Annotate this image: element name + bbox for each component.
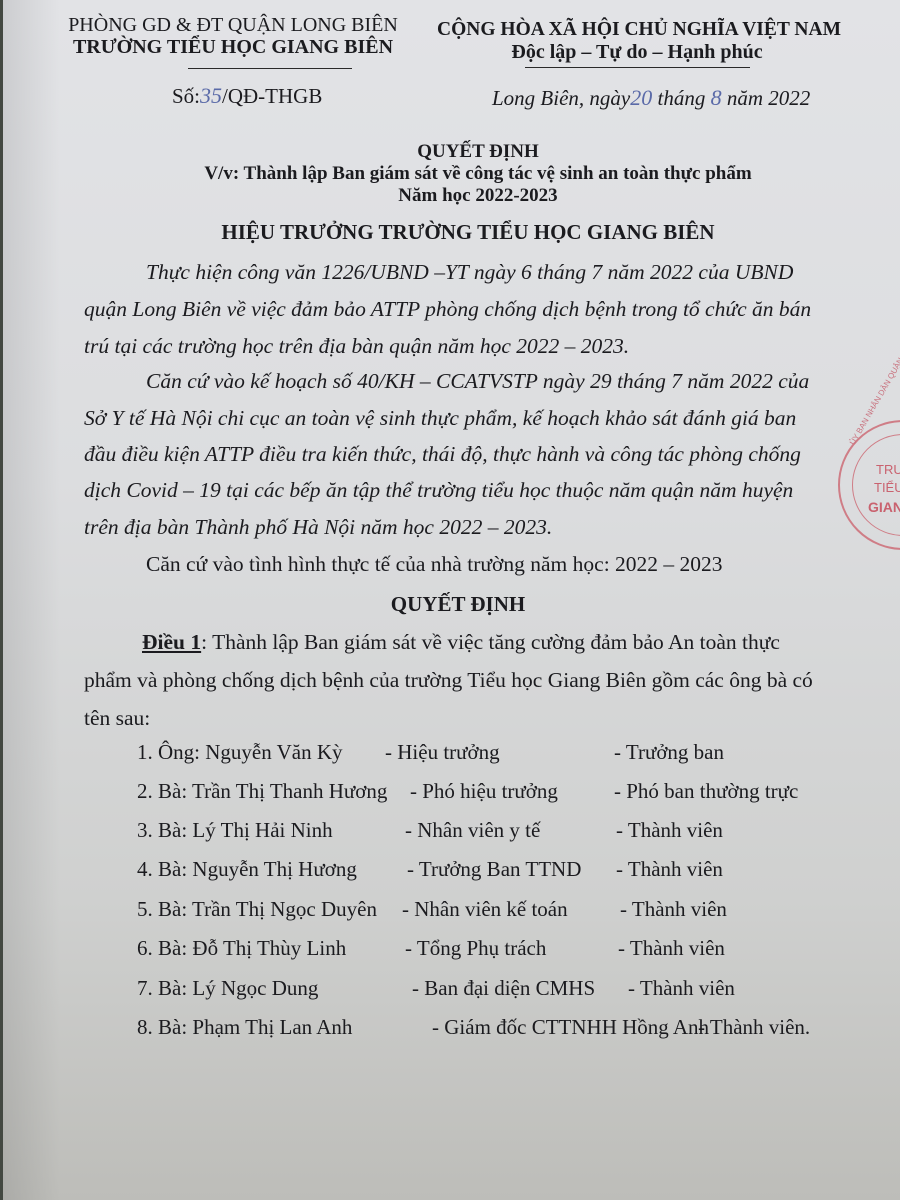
department-name: PHÒNG GD & ĐT QUẬN LONG BIÊN (68, 14, 398, 36)
article-1-text: : Thành lập Ban giám sát về việc tăng cư… (201, 630, 780, 654)
member-position: - Giám đốc CTTNHH Hồng Anh (432, 1015, 709, 1040)
member-role: - Thành viên. (698, 1015, 810, 1040)
member-role: - Thành viên (620, 897, 727, 922)
member-role: - Phó ban thường trực (614, 779, 798, 804)
article-1-line-3: tên sau: (84, 706, 150, 731)
preamble-2-line-4: dịch Covid – 19 tại các bếp ăn tập thể t… (84, 478, 793, 503)
stamp-line-1: TRƯ (876, 462, 900, 477)
number-suffix: /QĐ-THGB (222, 84, 322, 108)
member-position: - Phó hiệu trưởng (410, 779, 558, 804)
preamble-2-line-1: Căn cứ vào kế hoạch số 40/KH – CCATVSTP … (146, 369, 809, 394)
header-left-rule (188, 68, 352, 69)
preamble-3: Căn cứ vào tình hình thực tế của nhà trư… (146, 552, 723, 577)
date-year: năm 2022 (727, 86, 810, 110)
stamp-line-2: TIỂU (874, 480, 900, 495)
document-number: Số:35/QĐ-THGB (172, 83, 322, 109)
preamble-2-line-5: trên địa bàn Thành phố Hà Nội năm học 20… (84, 515, 552, 540)
member-name: 2. Bà: Trần Thị Thanh Hương (137, 779, 387, 804)
date-month: 8 (711, 85, 722, 110)
member-position: - Ban đại diện CMHS (412, 976, 595, 1001)
issuing-authority: HIỆU TRƯỞNG TRƯỜNG TIỂU HỌC GIANG BIÊN (221, 220, 714, 245)
article-1-label: Điều 1 (142, 630, 201, 654)
number-prefix: Số: (172, 84, 200, 108)
preamble-1-line-1: Thực hiện công văn 1226/UBND –YT ngày 6 … (146, 260, 793, 285)
preamble-1-line-2: quận Long Biên về việc đảm bảo ATTP phòn… (84, 297, 811, 322)
member-name: 6. Bà: Đỗ Thị Thùy Linh (137, 936, 346, 961)
member-name: 5. Bà: Trần Thị Ngọc Duyên (137, 897, 377, 922)
decision-subject: V/v: Thành lập Ban giám sát về công tác … (204, 163, 751, 185)
member-role: - Thành viên (618, 936, 725, 961)
document-date: Long Biên, ngày20 tháng 8 năm 2022 (492, 85, 810, 111)
date-month-label: tháng (657, 86, 705, 110)
header-right-rule (525, 67, 750, 68)
school-year: Năm học 2022-2023 (398, 185, 557, 207)
preamble-2-line-3: đầu điều kiện ATTP điều tra kiến thức, t… (84, 442, 801, 467)
article-1-line-2: phẩm và phòng chống dịch bệnh của trường… (84, 668, 813, 693)
date-place: Long Biên, ngày (492, 86, 630, 110)
official-stamp: ỦY BAN NHÂN DÂN QUẬN TRƯ TIỂU GIAN (838, 420, 900, 550)
decision-section-heading: QUYẾT ĐỊNH (391, 592, 525, 617)
member-name: 8. Bà: Phạm Thị Lan Anh (137, 1015, 352, 1040)
member-position: - Hiệu trưởng (385, 740, 500, 765)
article-1-line-1: Điều 1: Thành lập Ban giám sát về việc t… (142, 630, 780, 655)
school-name: TRƯỜNG TIỂU HỌC GIANG BIÊN (73, 36, 393, 58)
nation-title: CỘNG HÒA XÃ HỘI CHỦ NGHĨA VIỆT NAM (437, 19, 841, 41)
date-day: 20 (630, 85, 652, 110)
member-name: 3. Bà: Lý Thị Hải Ninh (137, 818, 333, 843)
stamp-line-3: GIAN (868, 499, 900, 515)
member-name: 7. Bà: Lý Ngọc Dung (137, 976, 318, 1001)
member-position: - Nhân viên y tế (405, 818, 540, 843)
preamble-2-line-2: Sở Y tế Hà Nội chi cục an toàn vệ sinh t… (84, 406, 796, 431)
member-name: 1. Ông: Nguyễn Văn Kỳ (137, 740, 343, 765)
number-handwritten: 35 (200, 83, 222, 108)
member-role: - Thành viên (628, 976, 735, 1001)
member-position: - Nhân viên kế toán (402, 897, 568, 922)
member-role: - Trưởng ban (614, 740, 724, 765)
preamble-1-line-3: trú tại các trường học trên địa bàn quận… (84, 334, 629, 359)
national-motto: Độc lập – Tự do – Hạnh phúc (511, 41, 762, 63)
member-position: - Trưởng Ban TTND (407, 857, 581, 882)
member-role: - Thành viên (616, 818, 723, 843)
stamp-ring-text: ỦY BAN NHÂN DÂN QUẬN (848, 356, 900, 446)
page-edge (0, 0, 3, 1200)
member-name: 4. Bà: Nguyễn Thị Hương (137, 857, 357, 882)
member-role: - Thành viên (616, 857, 723, 882)
member-position: - Tổng Phụ trách (405, 936, 546, 961)
decision-heading: QUYẾT ĐỊNH (417, 141, 539, 163)
